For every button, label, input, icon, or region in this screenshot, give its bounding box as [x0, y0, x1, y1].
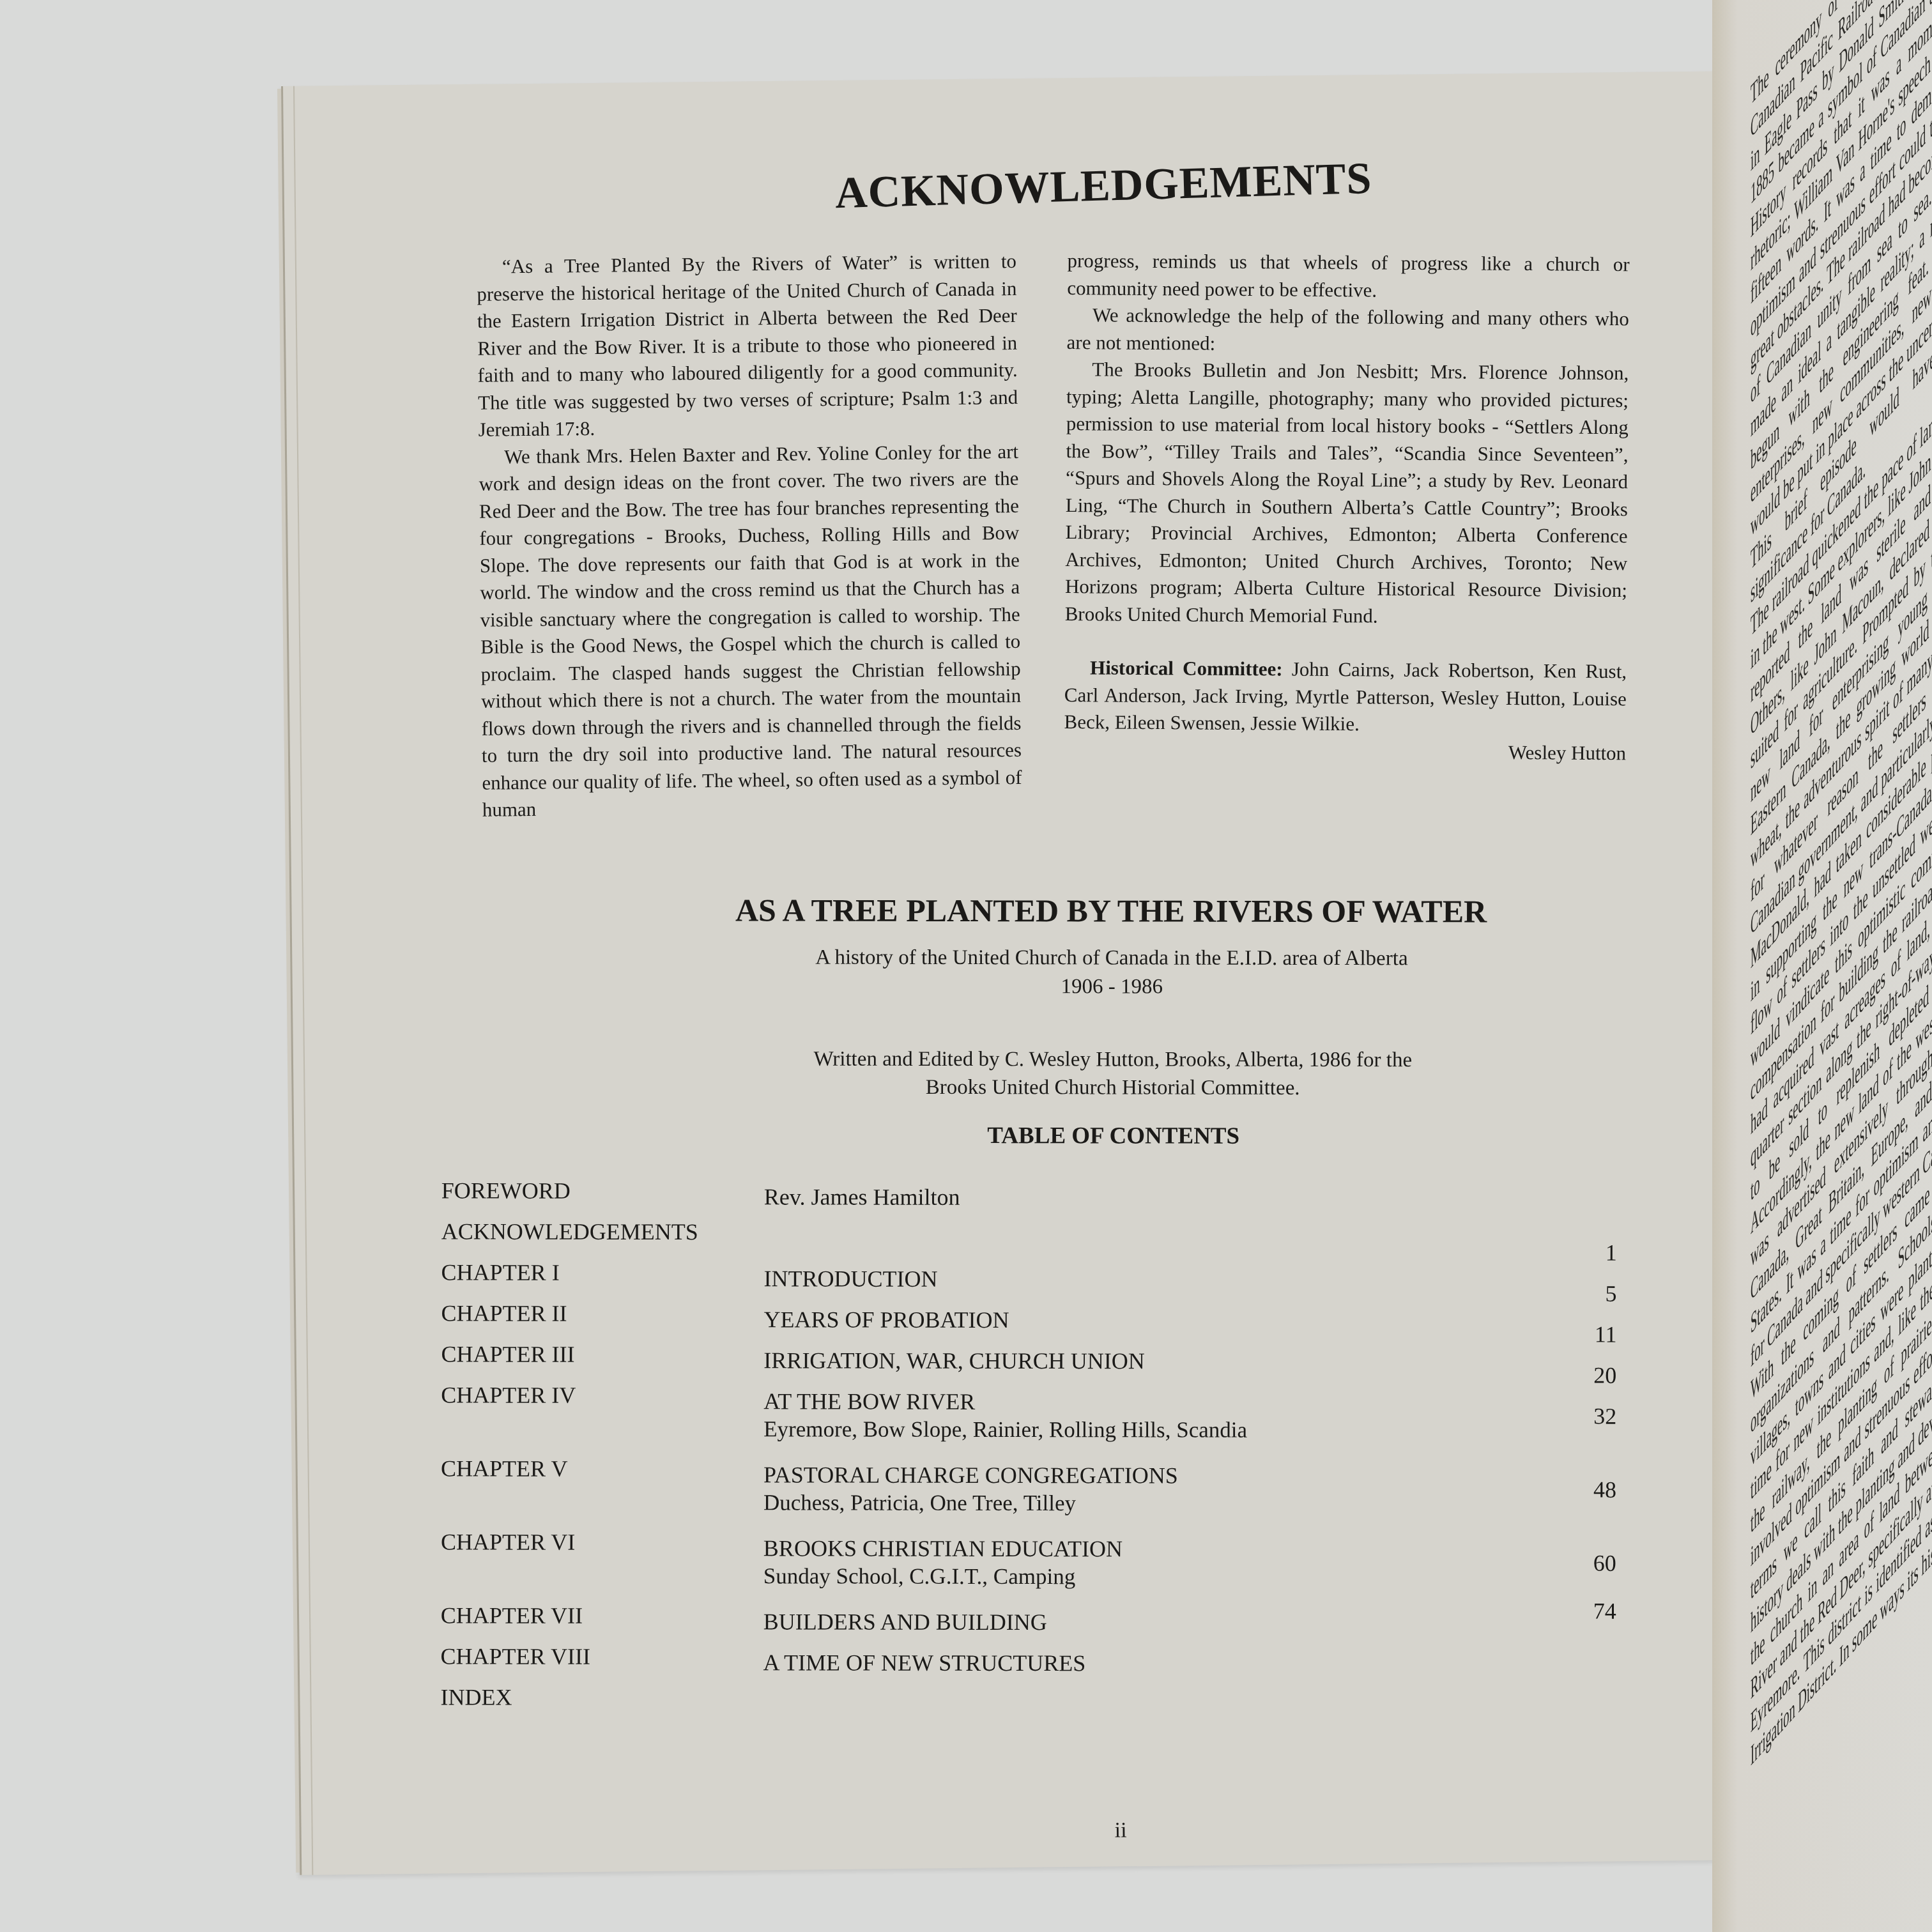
toc-entry: AT THE BOW RIVER Eyremore, Bow Slope, Ra… — [763, 1387, 1247, 1444]
toc-subtitle: Sunday School, C.G.I.T., Camping — [763, 1562, 1123, 1591]
committee-label: Historical Committee: — [1090, 656, 1283, 680]
toc-row: CHAPTER III IRRIGATION, WAR, CHURCH UNIO… — [441, 1340, 1616, 1383]
toc-row: INDEX — [440, 1683, 1616, 1726]
toc-entry: BROOKS CHRISTIAN EDUCATION Sunday School… — [763, 1534, 1123, 1591]
toc-row: CHAPTER IV AT THE BOW RIVER Eyremore, Bo… — [441, 1381, 1616, 1457]
toc-label: CHAPTER VI — [441, 1528, 575, 1555]
toc-row: CHAPTER II YEARS OF PROBATION 11 — [441, 1299, 1616, 1342]
toc-label: CHAPTER II — [441, 1299, 567, 1326]
toc-page-number: 74 — [1593, 1598, 1616, 1625]
toc-page-number: 60 — [1593, 1550, 1616, 1577]
toc-title-text: YEARS OF PROBATION — [763, 1305, 1009, 1334]
acknowledgements-page: ACKNOWLEDGEMENTS “As a Tree Planted By t… — [281, 71, 1736, 1874]
toc-row: CHAPTER VI BROOKS CHRISTIAN EDUCATION Su… — [441, 1528, 1616, 1604]
toc-row: CHAPTER I INTRODUCTION 5 — [441, 1259, 1617, 1301]
author-credit: Written and Edited by C. Wesley Hutton, … — [395, 1044, 1830, 1103]
toc-row: CHAPTER VIII A TIME OF NEW STRUCTURES — [441, 1643, 1616, 1685]
toc-label: CHAPTER V — [441, 1455, 567, 1482]
book-title: AS A TREE PLANTED BY THE RIVERS OF WATER — [394, 891, 1828, 931]
paragraph-acknowledge: We acknowledge the help of the following… — [1067, 302, 1630, 360]
toc-page-number: 48 — [1593, 1476, 1616, 1503]
toc-label: FOREWORD — [441, 1177, 571, 1204]
toc-title-text: BROOKS CHRISTIAN EDUCATION — [763, 1535, 1123, 1561]
paragraph-intro: “As a Tree Planted By the Rivers of Wate… — [477, 248, 1018, 443]
toc-row: ACKNOWLEDGEMENTS 1 — [441, 1218, 1617, 1261]
toc-title-text: A TIME OF NEW STRUCTURES — [763, 1648, 1086, 1677]
toc-label: INDEX — [440, 1683, 512, 1710]
toc-title: TABLE OF CONTENTS — [396, 1121, 1830, 1151]
paragraph-progress: progress, reminds us that wheels of prog… — [1067, 247, 1630, 305]
book-subtitle: A history of the United Church of Canada… — [394, 946, 1828, 972]
toc-label: CHAPTER VII — [441, 1602, 583, 1629]
toc-title-text: INTRODUCTION — [764, 1264, 938, 1292]
paragraph-sources: The Brooks Bulletin and Jon Nesbitt; Mrs… — [1065, 356, 1629, 631]
toc-title-text: IRRIGATION, WAR, CHURCH UNION — [763, 1346, 1144, 1375]
toc-title-text: AT THE BOW RIVER — [763, 1388, 975, 1414]
toc-label: ACKNOWLEDGEMENTS — [441, 1218, 698, 1245]
toc-row: CHAPTER VII BUILDERS AND BUILDING 74 — [441, 1602, 1616, 1644]
signature: Wesley Hutton — [1064, 736, 1626, 767]
toc-label: CHAPTER IV — [441, 1381, 576, 1408]
right-text-column: progress, reminds us that wheels of prog… — [1064, 247, 1630, 767]
toc-label: CHAPTER III — [441, 1340, 574, 1367]
toc-entry: PASTORAL CHARGE CONGREGATIONS Duchess, P… — [763, 1460, 1178, 1517]
toc-title-text: BUILDERS AND BUILDING — [763, 1607, 1047, 1636]
toc-title-text: Rev. James Hamilton — [764, 1183, 960, 1211]
credit-line-1: Written and Edited by C. Wesley Hutton, … — [395, 1044, 1830, 1075]
adjacent-page-text: CHAPTER I INTRODUCTION The ceremony of d… — [1751, 0, 1932, 1774]
toc-page-number: 32 — [1593, 1403, 1616, 1430]
historical-committee: Historical Committee: John Cairns, Jack … — [1064, 654, 1627, 740]
toc-row: CHAPTER V PASTORAL CHARGE CONGREGATIONS … — [441, 1455, 1616, 1530]
paragraph-cover-art: We thank Mrs. Helen Baxter and Rev. Yoli… — [479, 438, 1022, 824]
table-of-contents: FOREWORD Rev. James Hamilton ACKNOWLEDGE… — [440, 1177, 1616, 1726]
credit-line-2: Brooks United Church Historial Committee… — [395, 1072, 1830, 1103]
toc-subtitle: Duchess, Patricia, One Tree, Tilley — [763, 1489, 1178, 1517]
toc-label: CHAPTER VIII — [441, 1643, 590, 1669]
toc-subtitle: Eyremore, Bow Slope, Rainier, Rolling Hi… — [763, 1415, 1247, 1444]
adjacent-page: CHAPTER I INTRODUCTION The ceremony of d… — [1712, 0, 1932, 1932]
page-title: ACKNOWLEDGEMENTS — [386, 141, 1821, 232]
page-number: ii — [404, 1811, 1838, 1851]
toc-label: CHAPTER I — [441, 1259, 560, 1285]
book-years: 1906 - 1986 — [395, 974, 1829, 1000]
toc-row: FOREWORD Rev. James Hamilton — [441, 1177, 1617, 1220]
toc-title-text: PASTORAL CHARGE CONGREGATIONS — [763, 1462, 1178, 1488]
left-text-column: “As a Tree Planted By the Rivers of Wate… — [477, 248, 1022, 824]
